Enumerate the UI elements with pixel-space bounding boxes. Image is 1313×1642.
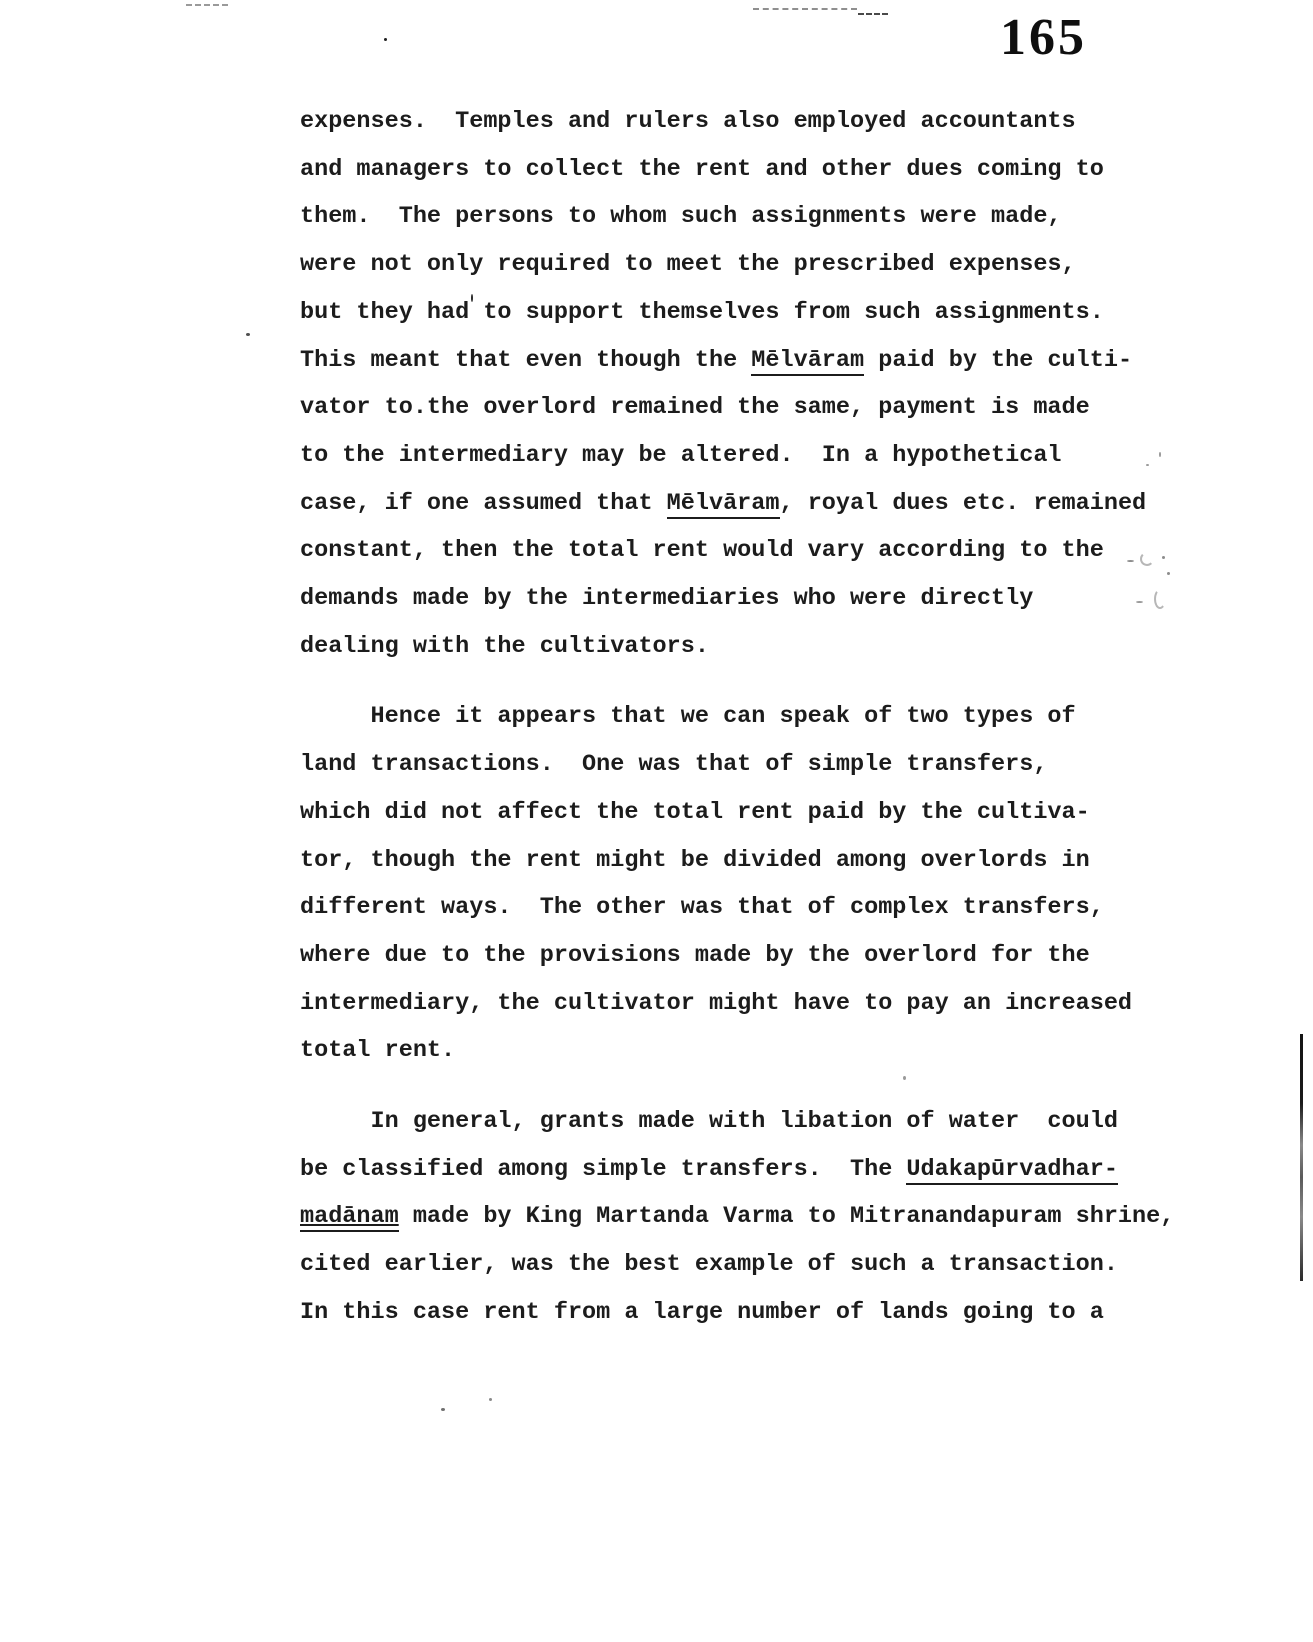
text-segment: cited earlier, was the best example of s… xyxy=(300,1251,1118,1278)
text-line: cited earlier, was the best example of s… xyxy=(300,1241,1240,1289)
speck xyxy=(903,1076,906,1080)
typewritten-text: expenses. Temples and rulers also employ… xyxy=(300,98,1240,1337)
text-segment: Hence it appears that we can speak of tw… xyxy=(300,703,1076,730)
text-segment: where due to the provisions made by the … xyxy=(300,942,1090,969)
text-segment: , royal dues etc. remained xyxy=(780,490,1147,517)
text-line: but they had to support themselves from … xyxy=(300,289,1240,337)
text-line: land transactions. One was that of simpl… xyxy=(300,741,1240,789)
text-segment: In this case rent from a large number of… xyxy=(300,1299,1104,1326)
text-segment: In general, grants made with libation of… xyxy=(300,1108,1118,1135)
page-number: 165 xyxy=(1000,8,1087,67)
text-line: total rent. xyxy=(300,1027,1240,1075)
text-segment: made by King Martanda Varma to Mitranand… xyxy=(399,1203,1175,1230)
text-segment: which did not affect the total rent paid… xyxy=(300,799,1090,826)
text-segment: vator to.the overlord remained the same,… xyxy=(300,394,1090,421)
text-line: and managers to collect the rent and oth… xyxy=(300,146,1240,194)
paragraph: Hence it appears that we can speak of tw… xyxy=(300,693,1240,1075)
top-right-dash-line xyxy=(753,8,857,12)
scanned-document-page: 165 expenses. Temples and rulers also em… xyxy=(0,0,1313,1642)
pencil-smudge xyxy=(1127,560,1134,562)
pencil-smudge xyxy=(1140,552,1154,566)
text-segment: constant, then the total rent would vary… xyxy=(300,537,1104,564)
text-segment: intermediary, the cultivator might have … xyxy=(300,990,1132,1017)
text-line: were not only required to meet the presc… xyxy=(300,241,1240,289)
text-segment: and managers to collect the rent and oth… xyxy=(300,156,1104,183)
text-segment: different ways. The other was that of co… xyxy=(300,894,1104,921)
text-line: case, if one assumed that Mēlvāram, roya… xyxy=(300,480,1240,528)
speck xyxy=(489,1398,492,1401)
pencil-smudge xyxy=(1162,556,1165,559)
text-segment: were not only required to meet the presc… xyxy=(300,251,1076,278)
underlined-term: Udakapūrvadhar- xyxy=(906,1156,1118,1185)
pencil-smudge xyxy=(1154,589,1166,609)
text-segment: to the intermediary may be altered. In a… xyxy=(300,442,1062,469)
text-segment: This meant that even though the xyxy=(300,347,751,374)
speck xyxy=(384,38,387,41)
text-line: which did not affect the total rent paid… xyxy=(300,789,1240,837)
pencil-smudge xyxy=(1136,601,1143,603)
underlined-term: Mēlvāram xyxy=(751,347,864,376)
text-segment: but they had to support themselves from … xyxy=(300,299,1104,326)
speck xyxy=(1159,452,1161,457)
text-line: Hence it appears that we can speak of tw… xyxy=(300,693,1240,741)
paragraph: In general, grants made with libation of… xyxy=(300,1098,1240,1337)
text-line: to the intermediary may be altered. In a… xyxy=(300,432,1240,480)
stray-tick-over-t xyxy=(471,294,473,302)
text-line: demands made by the intermediaries who w… xyxy=(300,575,1240,623)
text-line: constant, then the total rent would vary… xyxy=(300,527,1240,575)
text-line: them. The persons to whom such assignmen… xyxy=(300,193,1240,241)
text-line: This meant that even though the Mēlvāram… xyxy=(300,337,1240,385)
paragraph: expenses. Temples and rulers also employ… xyxy=(300,98,1240,670)
text-segment: paid by the culti- xyxy=(864,347,1132,374)
text-segment: case, if one assumed that xyxy=(300,490,667,517)
text-segment: dealing with the cultivators. xyxy=(300,633,709,660)
underlined-term: Mēlvāram xyxy=(667,490,780,519)
pencil-smudge xyxy=(1167,572,1170,575)
text-segment: demands made by the intermediaries who w… xyxy=(300,585,1033,612)
speck xyxy=(441,1408,445,1411)
text-line: expenses. Temples and rulers also employ… xyxy=(300,98,1240,146)
text-segment: be classified among simple transfers. Th… xyxy=(300,1156,906,1183)
right-margin-vertical-line xyxy=(1300,1034,1303,1281)
text-segment: total rent. xyxy=(300,1037,455,1064)
text-segment: tor, though the rent might be divided am… xyxy=(300,847,1090,874)
top-left-dash-marks xyxy=(186,4,228,8)
top-right-dark-dash xyxy=(858,13,888,18)
text-segment: them. The persons to whom such assignmen… xyxy=(300,203,1062,230)
speck xyxy=(1146,464,1149,466)
text-line: In general, grants made with libation of… xyxy=(300,1098,1240,1146)
text-line: intermediary, the cultivator might have … xyxy=(300,980,1240,1028)
text-line: In this case rent from a large number of… xyxy=(300,1289,1240,1337)
text-line: dealing with the cultivators. xyxy=(300,623,1240,671)
text-line: madānam made by King Martanda Varma to M… xyxy=(300,1193,1240,1241)
text-line: be classified among simple transfers. Th… xyxy=(300,1146,1240,1194)
speck xyxy=(246,333,250,336)
text-line: different ways. The other was that of co… xyxy=(300,884,1240,932)
text-segment: land transactions. One was that of simpl… xyxy=(300,751,1047,778)
text-line: where due to the provisions made by the … xyxy=(300,932,1240,980)
underlined-term: madānam xyxy=(300,1203,399,1232)
text-line: vator to.the overlord remained the same,… xyxy=(300,384,1240,432)
text-line: tor, though the rent might be divided am… xyxy=(300,837,1240,885)
text-segment: expenses. Temples and rulers also employ… xyxy=(300,108,1076,135)
